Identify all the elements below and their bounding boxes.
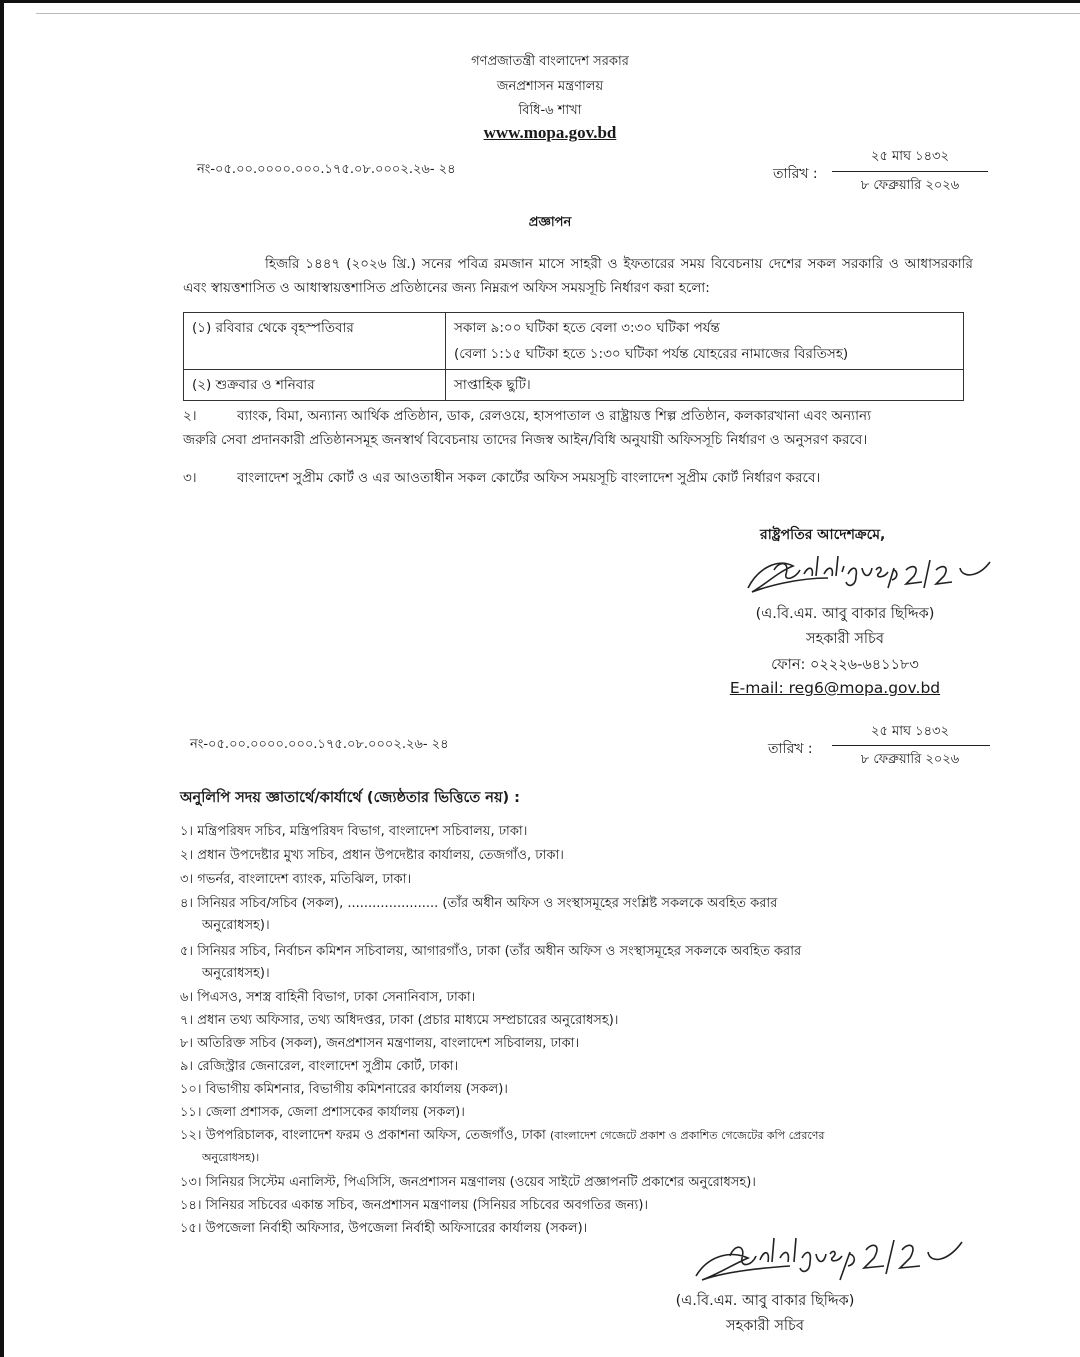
item-text-note: (বাংলাদেশ গেজেটে প্রকাশ ও প্রকাশিত গেজেট… <box>550 1129 825 1142</box>
list-item: ১০। বিভাগীয় কমিশনার, বিভাগীয় কমিশনারের… <box>180 1079 920 1101</box>
date-gregorian: ৮ ফেব্রুয়ারি ২০২৬ <box>840 176 980 197</box>
signatory-email[interactable]: E-mail: reg6@mopa.gov.bd <box>700 679 970 697</box>
signatory-designation: সহকারী সচিব <box>720 628 970 652</box>
item-text-continued: অনুরোধসহ)। <box>180 1147 940 1169</box>
website-link[interactable]: www.mopa.gov.bd <box>380 123 720 143</box>
signatory-name: (এ.বি.এম. আবু বাকার ছিদ্দিক) <box>720 603 970 627</box>
list-item: ২। প্রধান উপদেষ্টার মুখ্য সচিব, প্রধান উ… <box>180 845 920 867</box>
item-number: ৯। <box>180 1059 193 1074</box>
item-number: ৫। <box>180 944 193 959</box>
item-text: পিএসও, সশস্ত্র বাহিনী বিভাগ, ঢাকা সেনানি… <box>197 990 475 1005</box>
copy-distribution-title: অনুলিপি সদয় জ্ঞাতার্থে/কার্যার্থে (জ্যে… <box>180 787 520 811</box>
item-number: ১২। <box>180 1128 202 1143</box>
government-notice-document: গণপ্রজাতন্ত্রী বাংলাদেশ সরকার জনপ্রশাসন … <box>0 0 1080 1357</box>
item-text: বিভাগীয় কমিশনার, বিভাগীয় কমিশনারের কার… <box>206 1082 508 1097</box>
item-text-continued: অনুরোধসহ)। <box>180 963 920 985</box>
schedule-days: (১) রবিবার থেকে বৃহস্পতিবার <box>184 313 446 370</box>
list-item: ৮। অতিরিক্ত সচিব (সকল), জনপ্রশাসন মন্ত্র… <box>180 1033 920 1055</box>
copy-memo-number: নং-০৫.০০.০০০০.০০০.১৭৫.০৮.০০০২.২৬- ২৪ <box>190 735 449 756</box>
item-number: ১১। <box>180 1105 202 1120</box>
date-label: তারিখ : <box>773 162 818 186</box>
signature-icon <box>690 1228 980 1290</box>
item-number: ১০। <box>180 1082 202 1097</box>
government-name: গণপ্রজাতন্ত্রী বাংলাদেশ সরকার <box>380 52 720 73</box>
clause-text-continued: জরুরি সেবা প্রদানকারী প্রতিষ্ঠানসমূহ জনস… <box>183 432 867 448</box>
clause-text: ব্যাংক, বিমা, অন্যান্য আর্থিক প্রতিষ্ঠান… <box>237 408 871 424</box>
item-number: ১৪। <box>180 1198 202 1213</box>
list-item: ৬। পিএসও, সশস্ত্র বাহিনী বিভাগ, ঢাকা সেন… <box>180 987 920 1009</box>
item-number: ১। <box>180 824 193 839</box>
item-number: ১৩। <box>180 1175 202 1190</box>
signatory-phone: ফোন: ০২২২৬-৬৪১১৮৩ <box>720 654 970 678</box>
notice-intro: হিজরি ১৪৪৭ (২০২৬ খ্রি.) সনের পবিত্র রমজা… <box>183 252 973 300</box>
presidential-order-line: রাষ্ট্রপতির আদেশক্রমে, <box>760 523 885 547</box>
copy-signatory-designation: সহকারী সচিব <box>640 1315 890 1339</box>
item-text: রেজিস্ট্রার জেনারেল, বাংলাদেশ সুপ্রীম কো… <box>197 1059 458 1074</box>
item-number: ৮। <box>180 1036 193 1051</box>
item-text: জেলা প্রশাসক, জেলা প্রশাসকের কার্যালয় (… <box>206 1105 465 1120</box>
item-text: উপজেলা নির্বাহী অফিসার, উপজেলা নির্বাহী … <box>206 1221 588 1236</box>
clause-3: ৩।বাংলাদেশ সুপ্রীম কোর্ট ও এর আওতাধীন সক… <box>183 466 973 490</box>
schedule-time-note: (বেলা ১:১৫ ঘটিকা হতে ১:৩০ ঘটিকা পর্যন্ত … <box>454 341 955 367</box>
office-schedule-table: (১) রবিবার থেকে বৃহস্পতিবার সকাল ৯:০০ ঘট… <box>183 312 964 401</box>
clause-2: ২।ব্যাংক, বিমা, অন্যান্য আর্থিক প্রতিষ্ঠ… <box>183 404 973 452</box>
item-text: সিনিয়র সচিবের একান্ত সচিব, জনপ্রশাসন মন… <box>206 1198 648 1213</box>
list-item: ৭। প্রধান তথ্য অফিসার, তথ্য অধিদপ্তর, ঢা… <box>180 1010 920 1032</box>
item-text: সিনিয়র সচিব, নির্বাচন কমিশন সচিবালয়, আ… <box>197 944 801 959</box>
list-item: ১২। উপপরিচালক, বাংলাদেশ ফরম ও প্রকাশনা অ… <box>180 1125 940 1169</box>
item-number: ১৫। <box>180 1221 202 1236</box>
list-item: ৯। রেজিস্ট্রার জেনারেল, বাংলাদেশ সুপ্রীম… <box>180 1056 920 1078</box>
copy-date-divider <box>832 745 990 746</box>
item-text: প্রধান তথ্য অফিসার, তথ্য অধিদপ্তর, ঢাকা … <box>197 1013 618 1028</box>
list-item: ১১। জেলা প্রশাসক, জেলা প্রশাসকের কার্যাল… <box>180 1102 920 1124</box>
schedule-time: সকাল ৯:০০ ঘটিকা হতে বেলা ৩:৩০ ঘটিকা পর্য… <box>446 313 964 370</box>
date-divider <box>832 171 988 172</box>
clause-text: বাংলাদেশ সুপ্রীম কোর্ট ও এর আওতাধীন সকল … <box>237 470 820 486</box>
item-text-continued: অনুরোধসহ)। <box>180 915 920 937</box>
signature-icon <box>738 548 998 604</box>
list-item: ৫। সিনিয়র সচিব, নির্বাচন কমিশন সচিবালয়… <box>180 941 920 985</box>
item-text: প্রধান উপদেষ্টার মুখ্য সচিব, প্রধান উপদে… <box>197 848 564 863</box>
item-number: ৭। <box>180 1013 193 1028</box>
clause-number: ৩। <box>183 466 237 490</box>
clause-number: ২। <box>183 404 237 428</box>
copy-date-gregorian: ৮ ফেব্রুয়ারি ২০২৬ <box>840 750 980 771</box>
item-text: গভর্নর, বাংলাদেশ ব্যাংক, মতিঝিল, ঢাকা। <box>197 872 411 887</box>
table-row: (১) রবিবার থেকে বৃহস্পতিবার সকাল ৯:০০ ঘট… <box>184 313 964 370</box>
list-item: ৩। গভর্নর, বাংলাদেশ ব্যাংক, মতিঝিল, ঢাকা… <box>180 869 920 891</box>
copy-date-bangla: ২৫ মাঘ ১৪৩২ <box>840 722 980 743</box>
memo-number: নং-০৫.০০.০০০০.০০০.১৭৫.০৮.০০০২.২৬- ২৪ <box>197 160 456 181</box>
list-item: ১। মন্ত্রিপরিষদ সচিব, মন্ত্রিপরিষদ বিভাগ… <box>180 821 920 843</box>
list-item: ১৩। সিনিয়র সিস্টেম এনালিস্ট, পিএসিসি, জ… <box>180 1172 920 1194</box>
ministry-name: জনপ্রশাসন মন্ত্রণালয় <box>380 77 720 98</box>
copy-signatory-name: (এ.বি.এম. আবু বাকার ছিদ্দিক) <box>640 1290 890 1314</box>
item-number: ৩। <box>180 872 193 887</box>
schedule-time-main: সকাল ৯:০০ ঘটিকা হতে বেলা ৩:৩০ ঘটিকা পর্য… <box>454 315 955 341</box>
schedule-days: (২) শুক্রবার ও শনিবার <box>184 370 446 401</box>
item-number: ৪। <box>180 896 193 911</box>
item-number: ২। <box>180 848 193 863</box>
table-row: (২) শুক্রবার ও শনিবার সাপ্তাহিক ছুটি। <box>184 370 964 401</box>
copy-date-label: তারিখ : <box>768 737 813 761</box>
item-number: ৬। <box>180 990 193 1005</box>
branch-name: বিধি-৬ শাখা <box>380 101 720 122</box>
item-text: মন্ত্রিপরিষদ সচিব, মন্ত্রিপরিষদ বিভাগ, ব… <box>197 824 527 839</box>
schedule-time: সাপ্তাহিক ছুটি। <box>446 370 964 401</box>
list-item: ১৪। সিনিয়র সচিবের একান্ত সচিব, জনপ্রশাস… <box>180 1195 920 1217</box>
date-bangla: ২৫ মাঘ ১৪৩২ <box>840 147 980 168</box>
notice-title: প্রজ্ঞাপন <box>480 213 620 234</box>
item-text: উপপরিচালক, বাংলাদেশ ফরম ও প্রকাশনা অফিস,… <box>206 1128 546 1143</box>
list-item: ৪। সিনিয়র সচিব/সচিব (সকল), ............… <box>180 893 920 937</box>
item-text: সিনিয়র সচিব/সচিব (সকল), ...............… <box>197 896 777 911</box>
item-text: অতিরিক্ত সচিব (সকল), জনপ্রশাসন মন্ত্রণাল… <box>197 1036 579 1051</box>
item-text: সিনিয়র সিস্টেম এনালিস্ট, পিএসিসি, জনপ্র… <box>206 1175 756 1190</box>
